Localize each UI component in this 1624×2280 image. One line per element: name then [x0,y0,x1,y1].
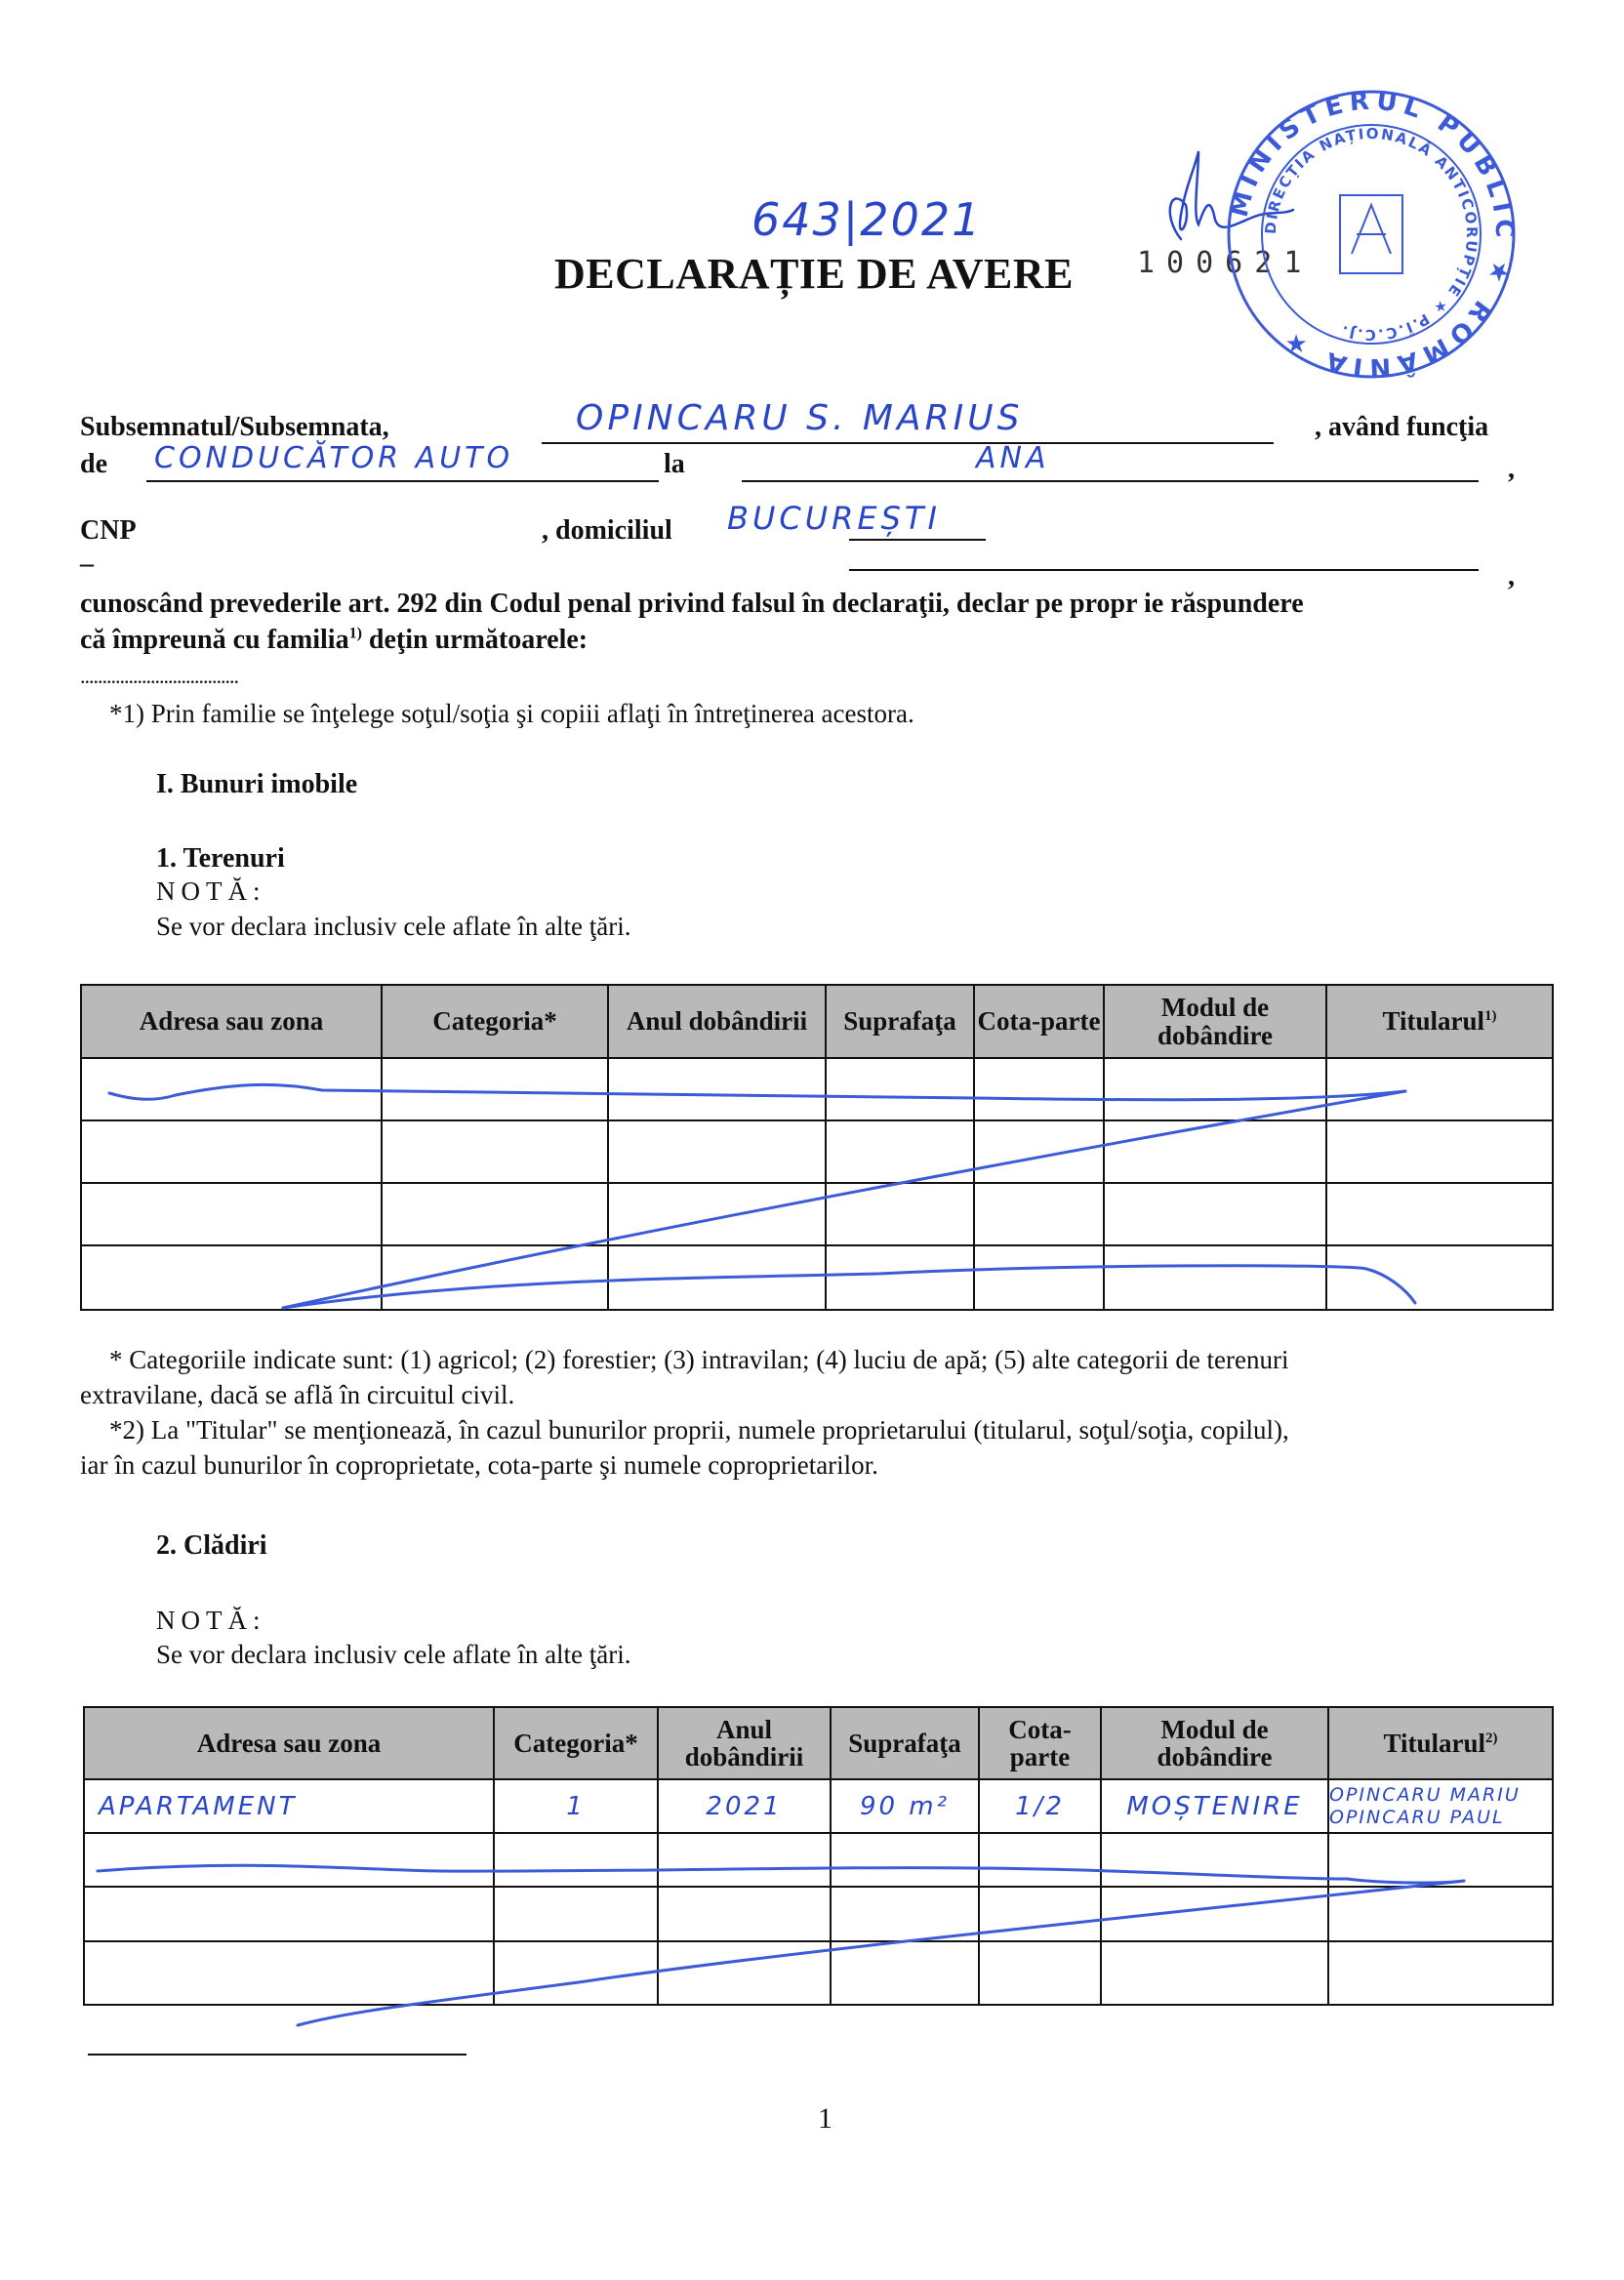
table-cell[interactable] [979,1887,1101,1941]
column-header-label: Anul dobândirii [685,1715,804,1771]
column-header: Anul dobândirii [608,985,826,1058]
footnote-rule [88,2054,467,2056]
table-cell[interactable] [382,1058,608,1120]
note-titular-1: *2) La "Titular" se menţionează, în cazu… [109,1415,1289,1445]
column-header: Cota-parte [974,985,1104,1058]
column-header-label: Cota-parte [1008,1715,1071,1771]
note-titular-2: iar în cazul bunurilor în coproprietate,… [80,1450,878,1481]
table-cell[interactable] [1328,1833,1553,1887]
label-avand-functia: , având funcţia [1315,412,1488,443]
intro-line-2: că împreună cu familia1) deţin următoare… [80,625,588,656]
table-row [81,1245,1553,1310]
column-header: Titularul2) [1328,1707,1553,1779]
label-subsemnatul: Subsemnatul/Subsemnata, [80,412,389,443]
page-title: DECLARAȚIE DE AVERE [554,249,1074,299]
nota-text: Se vor declara inclusiv cele aflate în a… [156,1640,631,1670]
table-cell[interactable] [84,1941,494,2005]
table-cell[interactable] [382,1120,608,1183]
intro-line-2-tail: deţin următoarele: [362,625,588,655]
table-cell[interactable] [826,1183,974,1245]
stamp-seal-icon: MINISTERUL PUBLIC ★ ROMÂNIA ★ DIRECȚIA N… [1225,88,1518,381]
table-cell[interactable] [974,1245,1104,1310]
footnote-family: *1) Prin familie se înţelege soţul/soţia… [109,699,914,729]
institution-field[interactable]: ANA [976,441,1050,475]
table-cell[interactable] [608,1183,826,1245]
column-header-label: Anul dobândirii [627,1006,807,1036]
table-cell[interactable] [84,1887,494,1941]
table-row [84,1941,1553,2005]
table-cell[interactable]: 90 m² [831,1779,979,1833]
table-cell[interactable] [81,1183,382,1245]
table-cell[interactable] [831,1941,979,2005]
cladiri-table: Adresa sau zonaCategoria*Anul dobândirii… [83,1706,1554,2006]
footnote-ref: 1) [1484,1008,1497,1024]
table-cell[interactable]: 1/2 [979,1779,1101,1833]
column-header-label: Modul de dobândire [1157,993,1273,1049]
column-header: Categoria* [494,1707,658,1779]
intro-line-1: cunoscând prevederile art. 292 din Codul… [80,589,1304,620]
table-cell[interactable] [826,1120,974,1183]
table-cell[interactable]: 2021 [658,1779,831,1833]
column-header-label: Adresa sau zona [140,1006,324,1036]
address-field-line [849,569,1479,571]
comma: , [1508,561,1515,592]
subsection-heading-cladiri: 2. Clădiri [156,1530,267,1562]
footnote-ref: 1) [349,626,362,642]
dash: – [80,549,94,580]
table-cell[interactable] [1328,1941,1553,2005]
table-cell[interactable] [974,1120,1104,1183]
registration-number: 643|2021 [751,193,982,246]
domicile-field[interactable]: BUCUREȘTI [727,500,941,537]
table-cell[interactable] [658,1941,831,2005]
table-cell[interactable] [1328,1887,1553,1941]
column-header: Modul de dobândire [1104,985,1326,1058]
table-row [81,1058,1553,1120]
column-header: Suprafaţa [826,985,974,1058]
table-cell[interactable] [1104,1058,1326,1120]
table-cell[interactable] [1104,1245,1326,1310]
table-cell[interactable] [1326,1245,1553,1310]
table-header-row: Adresa sau zonaCategoria*Anul dobândirii… [84,1707,1553,1779]
table-cell[interactable] [1101,1833,1328,1887]
note-categorii-2: extravilane, dacă se află în circuitul c… [80,1380,514,1410]
table-cell[interactable]: OPINCARU MARIUOPINCARU PAUL [1328,1779,1553,1833]
table-cell[interactable] [831,1887,979,1941]
note-categorii-1: * Categoriile indicate sunt: (1) agricol… [109,1345,1289,1375]
table-cell[interactable] [979,1833,1101,1887]
table-cell[interactable] [84,1833,494,1887]
label-de: de [80,449,107,480]
table-cell[interactable] [494,1833,658,1887]
column-header: Modul de dobândire [1101,1707,1328,1779]
table-row [81,1183,1553,1245]
column-header: Adresa sau zona [84,1707,494,1779]
table-cell[interactable] [494,1941,658,2005]
table-cell[interactable] [382,1245,608,1310]
table-cell[interactable] [979,1941,1101,2005]
table-cell[interactable] [831,1833,979,1887]
table-cell[interactable] [81,1245,382,1310]
table-cell[interactable]: APARTAMENT [84,1779,494,1833]
table-cell[interactable] [974,1183,1104,1245]
table-cell[interactable] [658,1833,831,1887]
column-header: Categoria* [382,985,608,1058]
table-row: APARTAMENT1202190 m²1/2MOȘTENIREOPINCARU… [84,1779,1553,1833]
column-header-label: Cota-parte [978,1006,1101,1036]
table-cell[interactable] [608,1245,826,1310]
terenuri-table: Adresa sau zonaCategoria*Anul dobândirii… [80,984,1554,1311]
label-la: la [664,449,685,480]
label-cnp: CNP [80,515,137,547]
comma: , [1508,454,1515,485]
column-header-label: Categoria* [513,1729,637,1758]
function-field-line [146,480,659,482]
table-cell[interactable] [494,1887,658,1941]
nota-label: NOTĂ: [156,1606,266,1636]
table-cell[interactable]: 1 [494,1779,658,1833]
name-field-line [542,442,1274,444]
section-heading: I. Bunuri imobile [156,769,357,800]
table-row [81,1120,1553,1183]
table-cell[interactable] [382,1183,608,1245]
nota-label: NOTĂ: [156,876,266,907]
column-header: Titularul1) [1326,985,1553,1058]
titular-name: OPINCARU PAUL [1329,1807,1552,1829]
table-header-row: Adresa sau zonaCategoria*Anul dobândirii… [81,985,1553,1058]
table-cell[interactable] [1326,1058,1553,1120]
footnote-ref: 2) [1485,1730,1498,1746]
label-domiciliul: , domiciliul [542,515,672,547]
table-cell[interactable] [826,1245,974,1310]
table-cell[interactable] [826,1058,974,1120]
column-header: Cota-parte [979,1707,1101,1779]
column-header: Suprafaţa [831,1707,979,1779]
column-header-label: Suprafaţa [848,1729,961,1758]
column-header-label: Suprafaţa [843,1006,956,1036]
institution-field-line [742,480,1479,482]
column-header-label: Titularul [1382,1006,1484,1036]
footnote-separator: .................................... [80,664,238,689]
table-cell[interactable] [1101,1941,1328,2005]
column-header-label: Categoria* [432,1006,556,1036]
domicile-field-line [849,539,986,541]
table-cell[interactable] [608,1058,826,1120]
intro-line-2-text: că împreună cu familia [80,625,349,655]
table-cell[interactable] [1326,1183,1553,1245]
column-header-label: Adresa sau zona [197,1729,382,1758]
column-header: Anul dobândirii [658,1707,831,1779]
table-cell[interactable] [1101,1887,1328,1941]
table-cell[interactable] [608,1120,826,1183]
table-cell[interactable] [1104,1183,1326,1245]
table-row [84,1887,1553,1941]
table-row [84,1833,1553,1887]
column-header-label: Titularul [1383,1729,1485,1758]
table-cell[interactable] [1104,1120,1326,1183]
titular-name: OPINCARU MARIU [1329,1784,1552,1807]
nota-text: Se vor declara inclusiv cele aflate în a… [156,912,631,942]
subsection-heading-terenuri: 1. Terenuri [156,843,285,875]
table-cell[interactable] [658,1887,831,1941]
column-header-label: Modul de dobândire [1157,1715,1272,1771]
table-cell[interactable] [1326,1120,1553,1183]
name-field[interactable]: OPINCARU S. MARIUS [576,398,1023,438]
table-cell[interactable] [81,1120,382,1183]
page-number: 1 [818,2102,832,2136]
table-cell[interactable] [81,1058,382,1120]
function-field[interactable]: CONDUCĂTOR AUTO [154,441,513,475]
column-header: Adresa sau zona [81,985,382,1058]
table-cell[interactable] [974,1058,1104,1120]
table-cell[interactable]: MOȘTENIRE [1101,1779,1328,1833]
